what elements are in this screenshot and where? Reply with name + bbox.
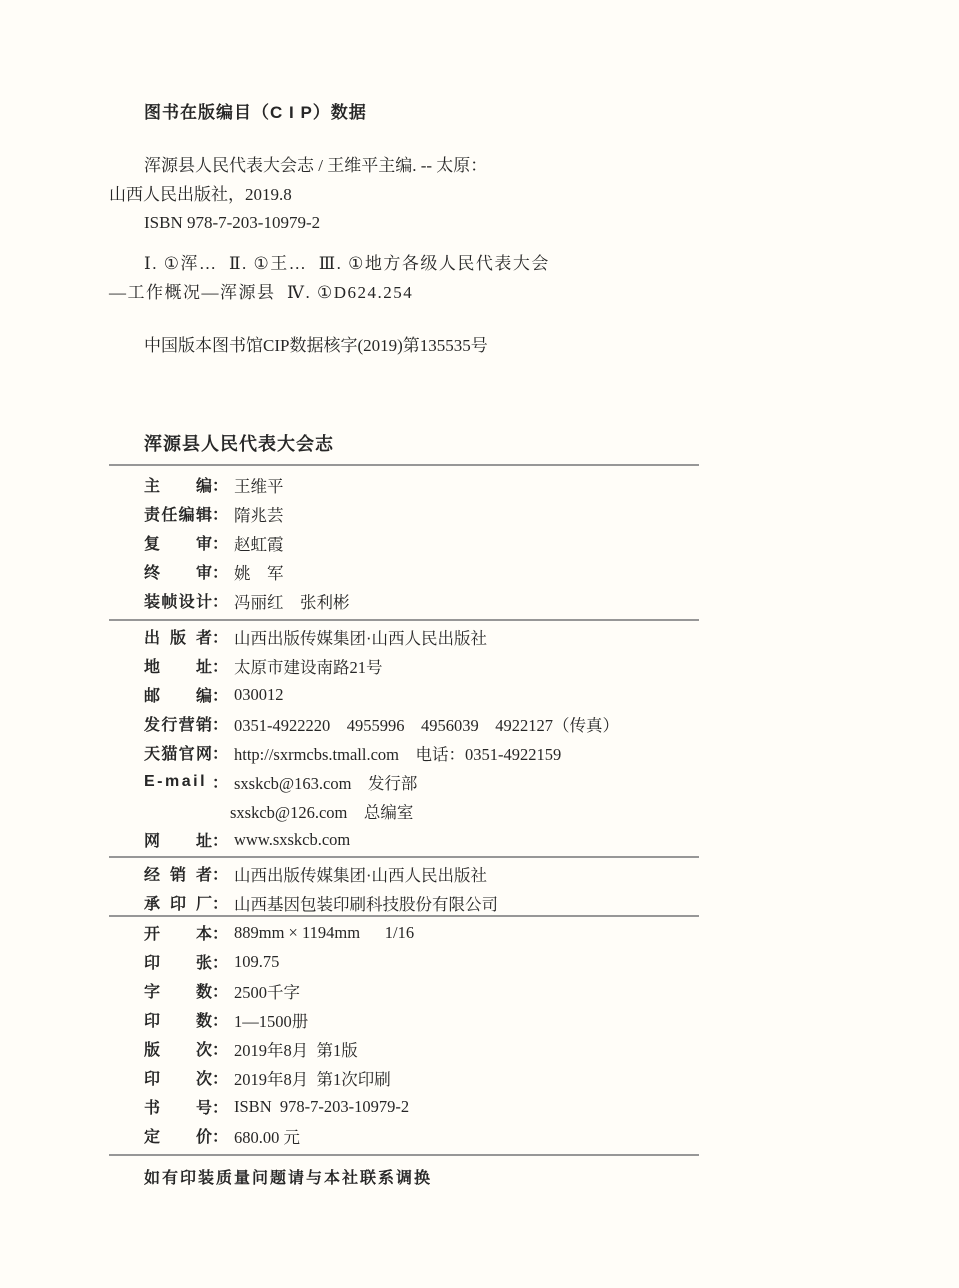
row-value: 889mm × 1194mm 1/16 xyxy=(234,923,414,943)
row-value: 冯丽红 张利彬 xyxy=(234,589,350,613)
row-email: E-mail：sxskcb@163.com 发行部 xyxy=(109,767,699,796)
row-publisher: 出版者：山西出版传媒集团·山西人民出版社 xyxy=(109,622,699,651)
distribution-section: 经销者：山西出版传媒集团·山西人民出版社 承印厂：山西基因包装印刷科技股份有限公… xyxy=(109,859,699,917)
row-value: 030012 xyxy=(234,685,284,705)
row-value: 0351-4922220 4955996 4956039 4922127（传真） xyxy=(234,712,619,736)
cip-line-title: 浑源县人民代表大会志 / 王维平主编. -- 太原： xyxy=(109,152,699,181)
row-label: 开本 xyxy=(144,921,212,944)
row-value: 680.00 元 xyxy=(234,1124,300,1148)
row-label: 印次 xyxy=(144,1066,212,1089)
cip-class-line-2: —工作概况—浑源县 Ⅳ. ①D624.254 xyxy=(109,279,699,308)
divider xyxy=(109,464,699,466)
row-label: 发行营销 xyxy=(144,712,212,735)
row-email-continued: sxskcb@126.com 总编室 xyxy=(109,796,699,825)
divider xyxy=(109,856,699,858)
row-chief-editor: 主编：王维平 xyxy=(109,470,699,499)
row-label: 经销者 xyxy=(144,862,212,885)
row-value: 山西出版传媒集团·山西人民出版社 xyxy=(234,862,487,886)
row-value: 2500千字 xyxy=(234,979,300,1003)
cip-record-number: 中国版本图书馆CIP数据核字(2019)第135535号 xyxy=(109,334,699,358)
row-value: sxskcb@163.com 发行部 xyxy=(234,770,417,794)
row-value: http://sxrmcbs.tmall.com 电话：0351-4922159 xyxy=(234,741,561,765)
row-value: 隋兆芸 xyxy=(234,502,284,526)
row-colon: ： xyxy=(212,683,228,706)
row-label: 字数 xyxy=(144,979,212,1002)
row-label: 复审 xyxy=(144,531,212,554)
row-label: 出版者 xyxy=(144,625,212,648)
row-value: 太原市建设南路21号 xyxy=(234,654,383,678)
row-print-run: 印数：1—1500册 xyxy=(109,1005,699,1034)
row-label: 责任编辑 xyxy=(144,502,212,525)
row-colon: ： xyxy=(212,712,228,735)
row-colon: ： xyxy=(212,1066,228,1089)
row-printer: 承印厂：山西基因包装印刷科技股份有限公司 xyxy=(109,888,699,917)
row-colon: ： xyxy=(212,979,228,1002)
row-distributor: 经销者：山西出版传媒集团·山西人民出版社 xyxy=(109,859,699,888)
row-value: 姚 军 xyxy=(234,560,284,584)
row-responsible-editor: 责任编辑：隋兆芸 xyxy=(109,499,699,528)
row-postcode: 邮编：030012 xyxy=(109,680,699,709)
divider xyxy=(109,1154,699,1156)
row-colon: ： xyxy=(212,1037,228,1060)
row-impression: 印次：2019年8月 第1次印刷 xyxy=(109,1063,699,1092)
editorial-section: 主编：王维平 责任编辑：隋兆芸 复审：赵虹霞 终审：姚 军 装帧设计：冯丽红 张… xyxy=(109,470,699,615)
row-tmall-site: 天猫官网：http://sxrmcbs.tmall.com 电话：0351-49… xyxy=(109,738,699,767)
publishing-section: 出版者：山西出版传媒集团·山西人民出版社 地址：太原市建设南路21号 邮编：03… xyxy=(109,622,699,854)
cip-class-line-1: Ⅰ. ①浑… Ⅱ. ①王… Ⅲ. ①地方各级人民代表大会 xyxy=(109,250,699,279)
row-isbn: 书号：ISBN 978-7-203-10979-2 xyxy=(109,1092,699,1121)
row-label: 印张 xyxy=(144,950,212,973)
row-colon: ： xyxy=(212,502,228,525)
row-colon: ： xyxy=(212,589,228,612)
cip-line-publisher: 山西人民出版社，2019.8 xyxy=(109,181,699,210)
row-label: 邮编 xyxy=(144,683,212,706)
copyright-page: 图书在版编目（C I P）数据 浑源县人民代表大会志 / 王维平主编. -- 太… xyxy=(0,0,959,1288)
row-value: 2019年8月 第1次印刷 xyxy=(234,1066,391,1090)
divider xyxy=(109,915,699,917)
row-value: ISBN 978-7-203-10979-2 xyxy=(234,1097,409,1117)
row-colon: ： xyxy=(212,828,228,851)
row-label: 网址 xyxy=(144,828,212,851)
row-format: 开本：889mm × 1194mm 1/16 xyxy=(109,918,699,947)
row-value: sxskcb@126.com 总编室 xyxy=(230,799,413,823)
row-colon: ： xyxy=(212,560,228,583)
row-design: 装帧设计：冯丽红 张利彬 xyxy=(109,586,699,615)
row-value: 1—1500册 xyxy=(234,1008,308,1032)
row-colon: ： xyxy=(212,950,228,973)
row-sheets: 印张：109.75 xyxy=(109,947,699,976)
row-colon: ： xyxy=(212,1124,228,1147)
row-colon: ： xyxy=(212,741,228,764)
row-colon: ： xyxy=(212,862,228,885)
row-marketing-phones: 发行营销：0351-4922220 4955996 4956039 492212… xyxy=(109,709,699,738)
row-label: 主编 xyxy=(144,473,212,496)
cip-classification: Ⅰ. ①浑… Ⅱ. ①王… Ⅲ. ①地方各级人民代表大会 —工作概况—浑源县 Ⅳ… xyxy=(109,250,699,307)
quality-notice: 如有印装质量问题请与本社联系调换 xyxy=(109,1165,699,1188)
row-colon: ： xyxy=(212,921,228,944)
row-value: 2019年8月 第1版 xyxy=(234,1037,358,1061)
row-colon: ： xyxy=(212,654,228,677)
row-label: 终审 xyxy=(144,560,212,583)
row-label: 天猫官网 xyxy=(144,741,212,764)
row-word-count: 字数：2500千字 xyxy=(109,976,699,1005)
row-value: 109.75 xyxy=(234,952,279,972)
row-label: 地址 xyxy=(144,654,212,677)
row-final-reviewer: 终审：姚 军 xyxy=(109,557,699,586)
divider xyxy=(109,619,699,621)
row-value: 山西出版传媒集团·山西人民出版社 xyxy=(234,625,487,649)
row-colon: ： xyxy=(212,531,228,554)
row-value: 山西基因包装印刷科技股份有限公司 xyxy=(234,891,498,915)
row-label: E-mail xyxy=(144,773,212,791)
book-title: 浑源县人民代表大会志 xyxy=(109,432,699,456)
row-label: 印数 xyxy=(144,1008,212,1031)
row-colon: ： xyxy=(212,1095,228,1118)
row-value: 王维平 xyxy=(234,473,284,497)
printing-section: 开本：889mm × 1194mm 1/16 印张：109.75 字数：2500… xyxy=(109,918,699,1150)
row-website: 网址：www.sxskcb.com xyxy=(109,825,699,854)
row-label: 装帧设计 xyxy=(144,589,212,612)
row-label: 书号 xyxy=(144,1095,212,1118)
row-colon: ： xyxy=(212,1008,228,1031)
row-label: 版次 xyxy=(144,1037,212,1060)
cip-paragraph: 浑源县人民代表大会志 / 王维平主编. -- 太原： 山西人民出版社，2019.… xyxy=(109,152,699,238)
row-colon: ： xyxy=(212,891,228,914)
row-price: 定价：680.00 元 xyxy=(109,1121,699,1150)
cip-line-isbn: ISBN 978-7-203-10979-2 xyxy=(109,209,699,238)
row-address: 地址：太原市建设南路21号 xyxy=(109,651,699,680)
row-reviewer: 复审：赵虹霞 xyxy=(109,528,699,557)
row-value: www.sxskcb.com xyxy=(234,830,350,850)
row-edition: 版次：2019年8月 第1版 xyxy=(109,1034,699,1063)
row-colon: ： xyxy=(212,473,228,496)
row-label: 定价 xyxy=(144,1124,212,1147)
row-value: 赵虹霞 xyxy=(234,531,284,555)
cip-heading: 图书在版编目（C I P）数据 xyxy=(109,101,699,125)
row-colon: ： xyxy=(212,625,228,648)
row-label: 承印厂 xyxy=(144,891,212,914)
row-colon: ： xyxy=(212,770,228,793)
